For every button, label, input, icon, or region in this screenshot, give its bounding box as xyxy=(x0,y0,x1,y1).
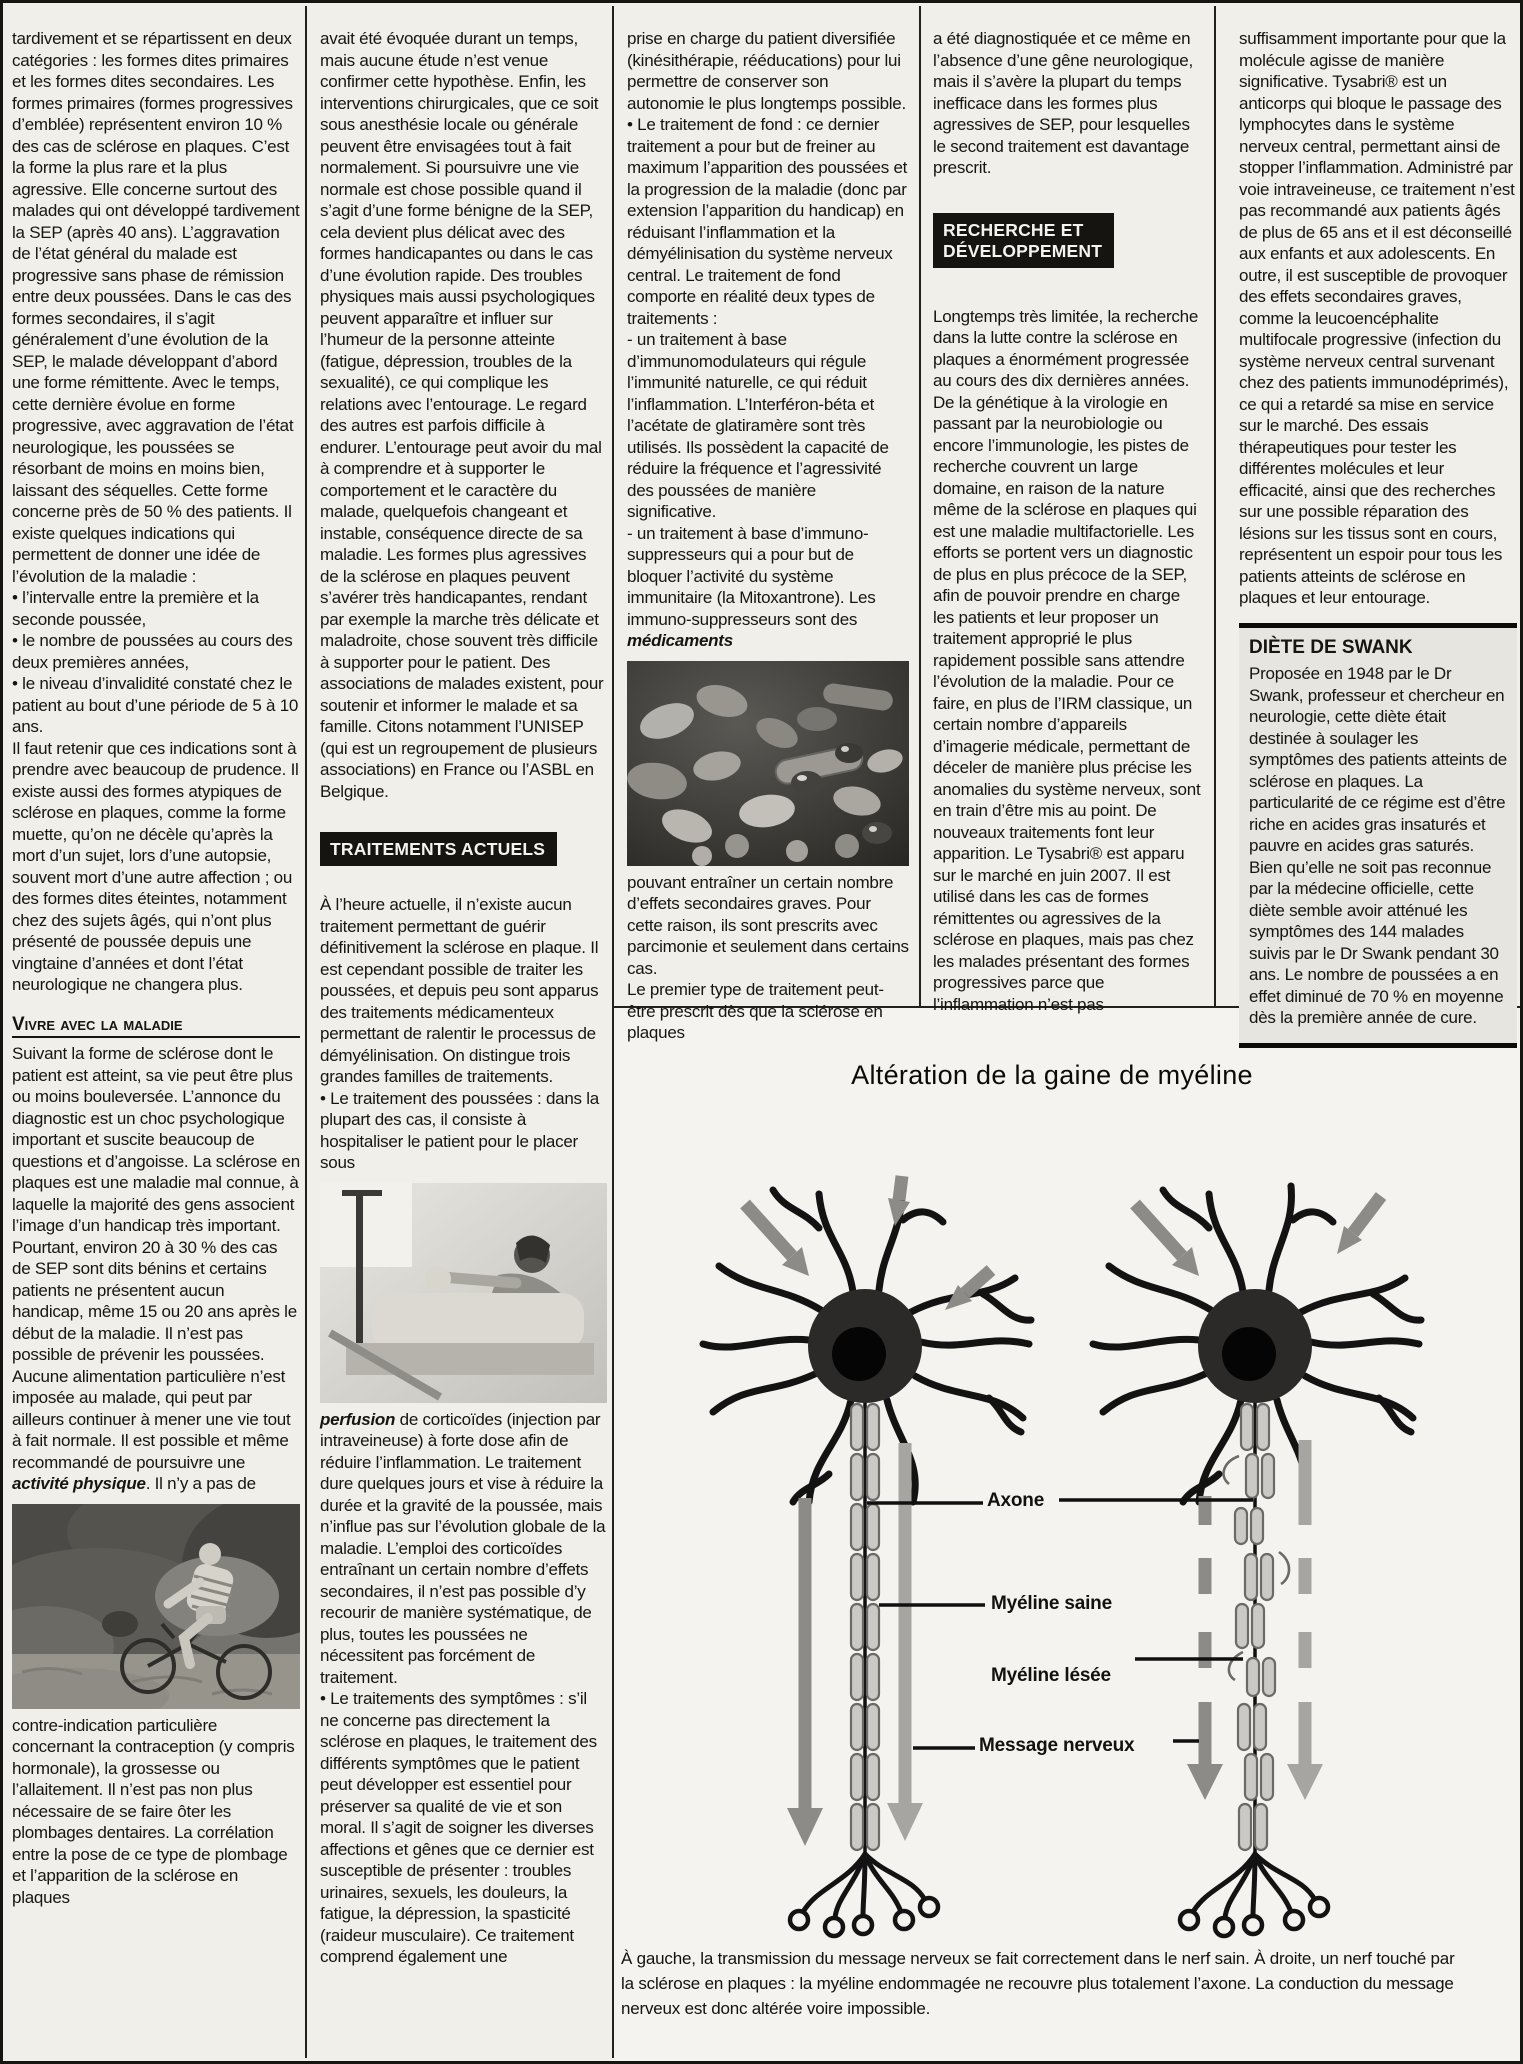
paragraph: contre-indication particulière concernan… xyxy=(12,1715,300,1909)
myelin-diagram-panel: Altération de la gaine de myéline xyxy=(613,1006,1521,2064)
sidebar-title: DIÈTE DE SWANK xyxy=(1249,637,1507,659)
diagram-title: Altération de la gaine de myéline xyxy=(613,1060,1491,1091)
paragraph: À l’heure actuelle, il n’existe aucun tr… xyxy=(320,894,607,1088)
text-run: de corticoïdes (injection par intraveine… xyxy=(320,1410,605,1687)
column-divider-3 xyxy=(919,6,921,1006)
section-header-recherche-et-developpement: RECHERCHE ETDÉVELOPPEMENT xyxy=(933,213,1114,268)
bullet-item: • Le traitement des poussées : dans la p… xyxy=(320,1088,607,1174)
column-divider-1 xyxy=(305,6,307,2058)
medication-pills-photo xyxy=(627,661,909,866)
woman-riding-bicycle-photo xyxy=(12,1504,300,1709)
paragraph: tardivement et se répartissent en deux c… xyxy=(12,28,300,587)
bullet-item: • le niveau d’invalidité constaté chez l… xyxy=(12,673,300,738)
column-4: a été diagnostiquée et ce même en l’abse… xyxy=(933,28,1205,1015)
diagram-caption: À gauche, la transmission du message ner… xyxy=(621,1946,1457,2021)
damaged-neuron-illustration xyxy=(1093,1186,1421,1936)
healthy-neuron-illustration xyxy=(703,1176,1031,1936)
stimulus-arrow-icon xyxy=(1135,1196,1381,1276)
section-header-traitements-actuels: TRAITEMENTS ACTUELS xyxy=(320,832,557,866)
paragraph: Le premier type de traitement peut-être … xyxy=(627,979,909,1044)
text-run: . Il n’y a pas de xyxy=(146,1474,256,1493)
paragraph: Proposée en 1948 par le Dr Swank, profes… xyxy=(1249,663,1507,1029)
nerve-message-label: Message nerveux xyxy=(979,1735,1134,1757)
paragraph: - un traitement à base d’immunomodulateu… xyxy=(627,329,909,523)
label-connector-lines xyxy=(867,1500,1253,1748)
paragraph: suffisamment importante pour que la molé… xyxy=(1239,28,1517,609)
header-line: DÉVELOPPEMENT xyxy=(943,241,1102,262)
axon-label: Axone xyxy=(987,1490,1044,1512)
paragraph: prise en charge du patient diversifiée (… xyxy=(627,28,909,114)
diete-de-swank-sidebar: DIÈTE DE SWANK Proposée en 1948 par le D… xyxy=(1239,623,1517,1048)
text-run: - un traitement à base d’immuno-suppress… xyxy=(627,524,875,629)
column-divider-4 xyxy=(1214,6,1216,1006)
paragraph: - un traitement à base d’immuno-suppress… xyxy=(627,523,909,652)
column-1: tardivement et se répartissent en deux c… xyxy=(12,28,300,1908)
healthy-myelin-label: Myéline saine xyxy=(991,1593,1112,1615)
paragraph: avait été évoquée durant un temps, mais … xyxy=(320,28,607,802)
patient-hospital-bed-photo xyxy=(320,1183,607,1403)
damaged-myelin-label: Myéline lésée xyxy=(991,1665,1111,1687)
paragraph: pouvant entraîner un certain nombre d’ef… xyxy=(627,872,909,980)
paragraph: Suivant la forme de sclérose dont le pat… xyxy=(12,1043,300,1495)
emphasized-text: médicaments xyxy=(627,631,733,650)
column-2: avait été évoquée durant un temps, mais … xyxy=(320,28,607,1968)
paragraph: Longtemps très limitée, la recherche dan… xyxy=(933,306,1205,1016)
text-run: Suivant la forme de sclérose dont le pat… xyxy=(12,1044,300,1472)
magazine-page: tardivement et se répartissent en deux c… xyxy=(0,0,1523,2064)
bullet-item: • l’intervalle entre la première et la s… xyxy=(12,587,300,630)
column-divider-2 xyxy=(612,6,614,2058)
neuron-diagram-illustration xyxy=(613,1008,1521,2064)
paragraph: a été diagnostiquée et ce même en l’abse… xyxy=(933,28,1205,179)
column-5: suffisamment importante pour que la molé… xyxy=(1239,28,1517,1048)
section-header-vivre-avec-la-maladie: Vivre avec la maladie xyxy=(12,1014,300,1039)
bullet-item: • Le traitement de fond : ce dernier tra… xyxy=(627,114,909,329)
paragraph: perfusion de corticoïdes (injection par … xyxy=(320,1409,607,1689)
emphasized-text: perfusion xyxy=(320,1410,395,1429)
paragraph: Il faut retenir que ces indications sont… xyxy=(12,738,300,996)
emphasized-text: activité physique xyxy=(12,1474,146,1493)
header-line: RECHERCHE ET xyxy=(943,220,1102,241)
bullet-item: • le nombre de poussées au cours des deu… xyxy=(12,630,300,673)
damaged-myelin-sheath xyxy=(1224,1404,1289,1850)
bullet-item: • Le traitements des symptômes : s’il ne… xyxy=(320,1688,607,1968)
column-3: prise en charge du patient diversifiée (… xyxy=(627,28,909,1044)
